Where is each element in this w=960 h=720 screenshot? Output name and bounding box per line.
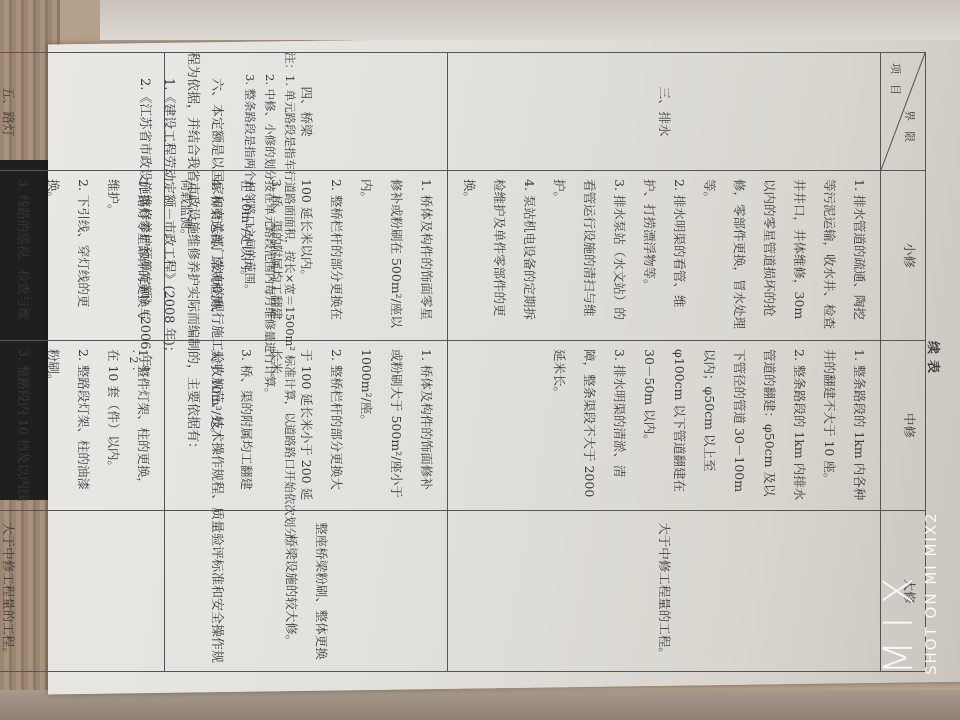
cell-clause: 1. 桥体及构件的饰面修补或粉刷大于 500m²/座小于 1000m²/座。 (351, 349, 441, 502)
cell-clause: 1. 排水管道的疏通、陶挖等污泥运输，收水井、检查井井口，井体维修，30m 以内… (694, 179, 874, 332)
cell-clause: 3. 排水泵站（水文站）的看管运行设施的清扫与维护。 (544, 179, 634, 332)
paper-shadow-edge (100, 0, 960, 40)
cell-clause: 2. 整桥栏杆的部分更换在 100 延长米以内。 (291, 179, 351, 332)
cell-clause: 1. 整条路段的 1km 内各种井的翻建不大于 10 座。 (814, 349, 874, 502)
header-minor-repair: 小修 (881, 171, 926, 341)
note-line: 2. 中修、小修的划分按在单元路段范围内每月维修量进行计算。 (260, 52, 280, 672)
cell-clause: 2. 整路段灯架、柱的油漆粉刷。 (38, 349, 98, 502)
cell-clause: 2. 整条路段的 1km 内排水管道的翻建：φ50cm 及以下管径的管道 30－… (634, 349, 814, 502)
watermark-brand: MIX (878, 455, 920, 675)
camera-watermark: MIX SHOT ON MI MIX2 (878, 455, 948, 675)
table-surface-edge (0, 690, 960, 720)
minor-repair-cell: 1. 排水管道的疏通、陶挖等污泥运输，收水井、检查井井口，井体维修，30m 以内… (448, 171, 881, 341)
cell-clause: 4. 泵站机电设备的定期拆检维护及单件零部件的更换。 (454, 179, 544, 332)
table-row-drainage: 三、排水 1. 排水管道的疏通、陶挖等污泥运输，收水井、检查井井口，井体维修，3… (448, 53, 881, 672)
major-repair-cell: 大于中修工程量的工程。 (448, 511, 881, 672)
note-line: 注：1. 单元路段是指车行道路面面积，按长×宽＝1500m² 标准计算，以道路路… (280, 52, 300, 672)
note-line: 3. 整条路段是指两个相邻路口之间的范围。 (240, 52, 260, 672)
corner-header-cell: 界限 项目 (881, 53, 926, 171)
reference-item: 1.《建设工程劳动定额－市政工程》(2008 年)； (156, 52, 180, 672)
medium-repair-cell: 1. 整条路段的 1km 内各种井的翻建不大于 10 座。 2. 整条路段的 1… (448, 341, 881, 511)
cell-clause: 2. 下引线、穿灯线的更换。 (38, 179, 98, 332)
watermark-caption: SHOT ON MI MIX2 (920, 455, 942, 675)
cell-clause: 3. 排水明渠的清淤、清障，整条渠段不大于 2000 延米长。 (544, 349, 634, 502)
section-paragraph: 六、本定额是以国家和有关部门发布的现行施工验收规范、技术操作规程、质量验评标准和… (180, 52, 228, 672)
page-number: · 2 · (127, 40, 140, 680)
item-name: 三、排水 (448, 53, 881, 171)
cell-clause: 1. 桥体及构件的饰面零星修补或粉刷在 500m²/座以内。 (351, 179, 441, 332)
corner-label-boundary: 界限 (899, 110, 919, 152)
cell-clause: 3. 线路的巡视、检查与维修。 (0, 179, 38, 332)
cell-clause: 3. 整路段内 10 档及以内线路的更换。 (0, 349, 38, 502)
table-notes: 注：1. 单元路段是指车行道路面面积，按长×宽＝1500m² 标准计算，以道路路… (240, 52, 300, 672)
section-six: 六、本定额是以国家和有关部门发布的现行施工验收规范、技术操作规程、质量验评标准和… (132, 52, 228, 672)
document-page: 续表 界限 项目 小修 中修 大修 三、排水 1. 排水管道的疏通、陶挖等污泥运… (90, 40, 940, 680)
corner-label-item: 项目 (885, 63, 905, 105)
cell-clause: 2. 排水明渠的看管、维护、打捞漂浮物等。 (634, 179, 694, 332)
